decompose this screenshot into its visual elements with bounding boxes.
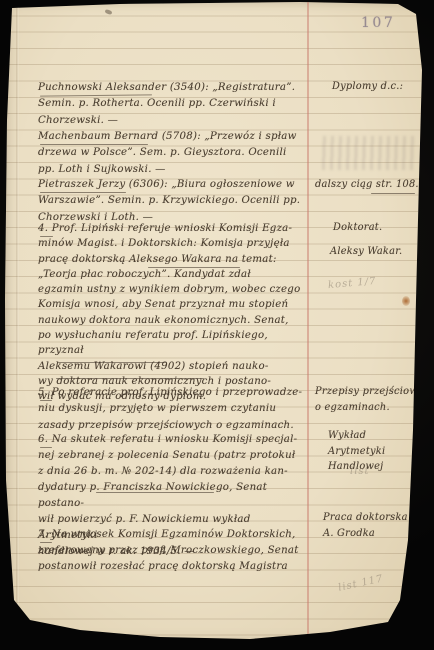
ink-underline bbox=[148, 267, 240, 268]
entry-item-5: 5. Po referacie prof. Lipińskiego i prze… bbox=[38, 385, 310, 434]
ink-underline bbox=[40, 542, 52, 543]
ink-underline bbox=[40, 447, 52, 448]
pencil-note-2: list bbox=[350, 466, 370, 477]
manuscript-photo: 107 Puchnowski Aleksander (3540): „Regis… bbox=[0, 0, 434, 650]
margin-note-dalszy-ciag: dalszy ciąg str. 108. bbox=[315, 177, 431, 193]
foxing-spot bbox=[402, 296, 410, 306]
entry-machenbaum: Machenbaum Bernard (5708): „Przewóz i sp… bbox=[38, 129, 310, 178]
ink-underline bbox=[40, 400, 52, 401]
margin-note-praca-doktorska: Praca doktorska A. Grodka bbox=[323, 510, 434, 541]
pencil-note-1: kost 1/7 bbox=[328, 276, 377, 291]
margin-note-aleksy-wakar: Aleksy Wakar. bbox=[330, 244, 434, 260]
manuscript-page: 107 Puchnowski Aleksander (3540): „Regis… bbox=[0, 0, 434, 650]
margin-note-doktorat: Doktorat. bbox=[333, 220, 434, 236]
margin-note-wyklad: Wykład Arytmetyki Handlowej bbox=[328, 428, 434, 475]
ink-underline bbox=[40, 144, 148, 145]
margin-note-dyplomy: Dyplomy d.c.: bbox=[332, 79, 434, 95]
ink-underline bbox=[371, 193, 415, 194]
ink-smudge bbox=[105, 9, 113, 15]
ink-underline bbox=[40, 236, 53, 237]
ink-underline bbox=[56, 378, 204, 379]
entry-item-7: 7. Na wniosek Komisji Egzaminów Doktorsk… bbox=[38, 527, 310, 575]
entry-pietraszek: Pietraszek Jerzy (6306): „Biura ogłoszen… bbox=[38, 177, 310, 226]
ink-underline bbox=[58, 362, 166, 363]
ink-underline bbox=[96, 492, 214, 493]
ink-underline bbox=[40, 192, 126, 193]
page-number: 107 bbox=[361, 15, 395, 31]
page-fold bbox=[16, 0, 19, 650]
ink-bleedthrough bbox=[318, 136, 418, 170]
margin-note-przepisy: Przepisy przejściowe o egzaminach. bbox=[315, 384, 431, 415]
pencil-note-3: list 117 bbox=[337, 573, 384, 593]
entry-puchnowski: Puchnowski Aleksander (3540): „Registrat… bbox=[38, 80, 310, 129]
